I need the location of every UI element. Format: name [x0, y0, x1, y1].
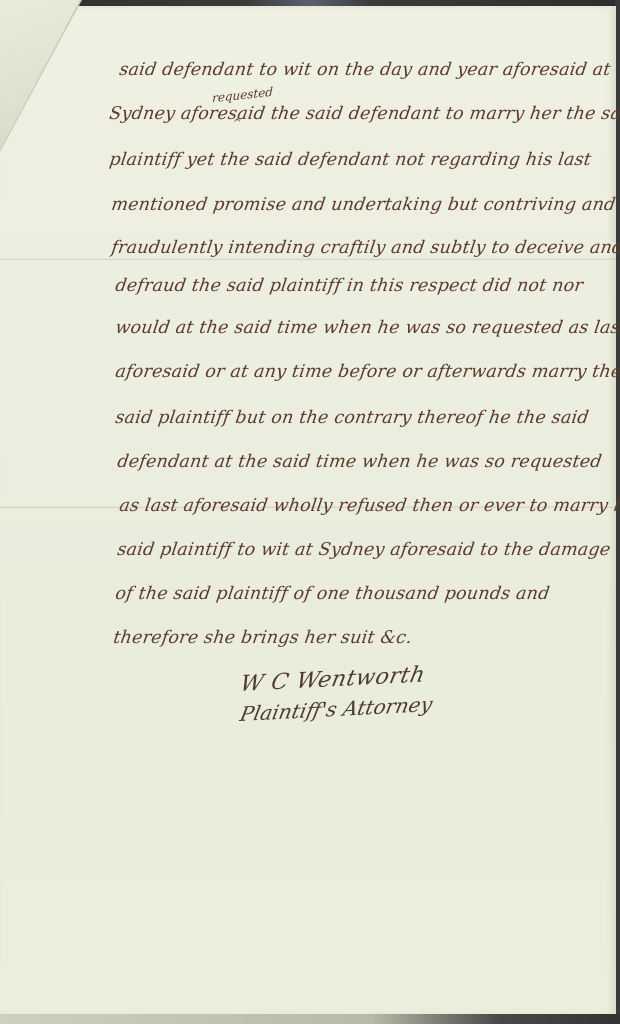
interlinear-insertion: requested	[212, 85, 273, 106]
text-line: therefore she brings her suit &c.	[112, 628, 413, 648]
text-line: as last aforesaid wholly refused then or…	[118, 496, 620, 516]
text-line: Sydney aforesaid the said defendant to m…	[108, 104, 620, 124]
text-line: said plaintiff but on the contrary there…	[114, 408, 590, 428]
text-line: would at the said time when he was so re…	[114, 318, 620, 338]
text-line: fraudulently intending craftily and subt…	[110, 238, 620, 258]
text-line: mentioned promise and undertaking but co…	[110, 195, 617, 215]
text-line: defendant at the said time when he was s…	[116, 452, 603, 472]
handwritten-text: said defendant to wit on the day and yea…	[0, 0, 620, 1024]
text-line: aforesaid or at any time before or after…	[114, 362, 620, 382]
text-line: of the said plaintiff of one thousand po…	[114, 584, 551, 604]
document-scan: said defendant to wit on the day and yea…	[0, 0, 620, 1024]
text-line: said defendant to wit on the day and yea…	[118, 60, 612, 80]
text-line: said plaintiff to wit at Sydney aforesai…	[116, 540, 612, 560]
text-line: plaintiff yet the said defendant not reg…	[108, 150, 592, 170]
text-line: defraud the said plaintiff in this respe…	[114, 276, 584, 296]
